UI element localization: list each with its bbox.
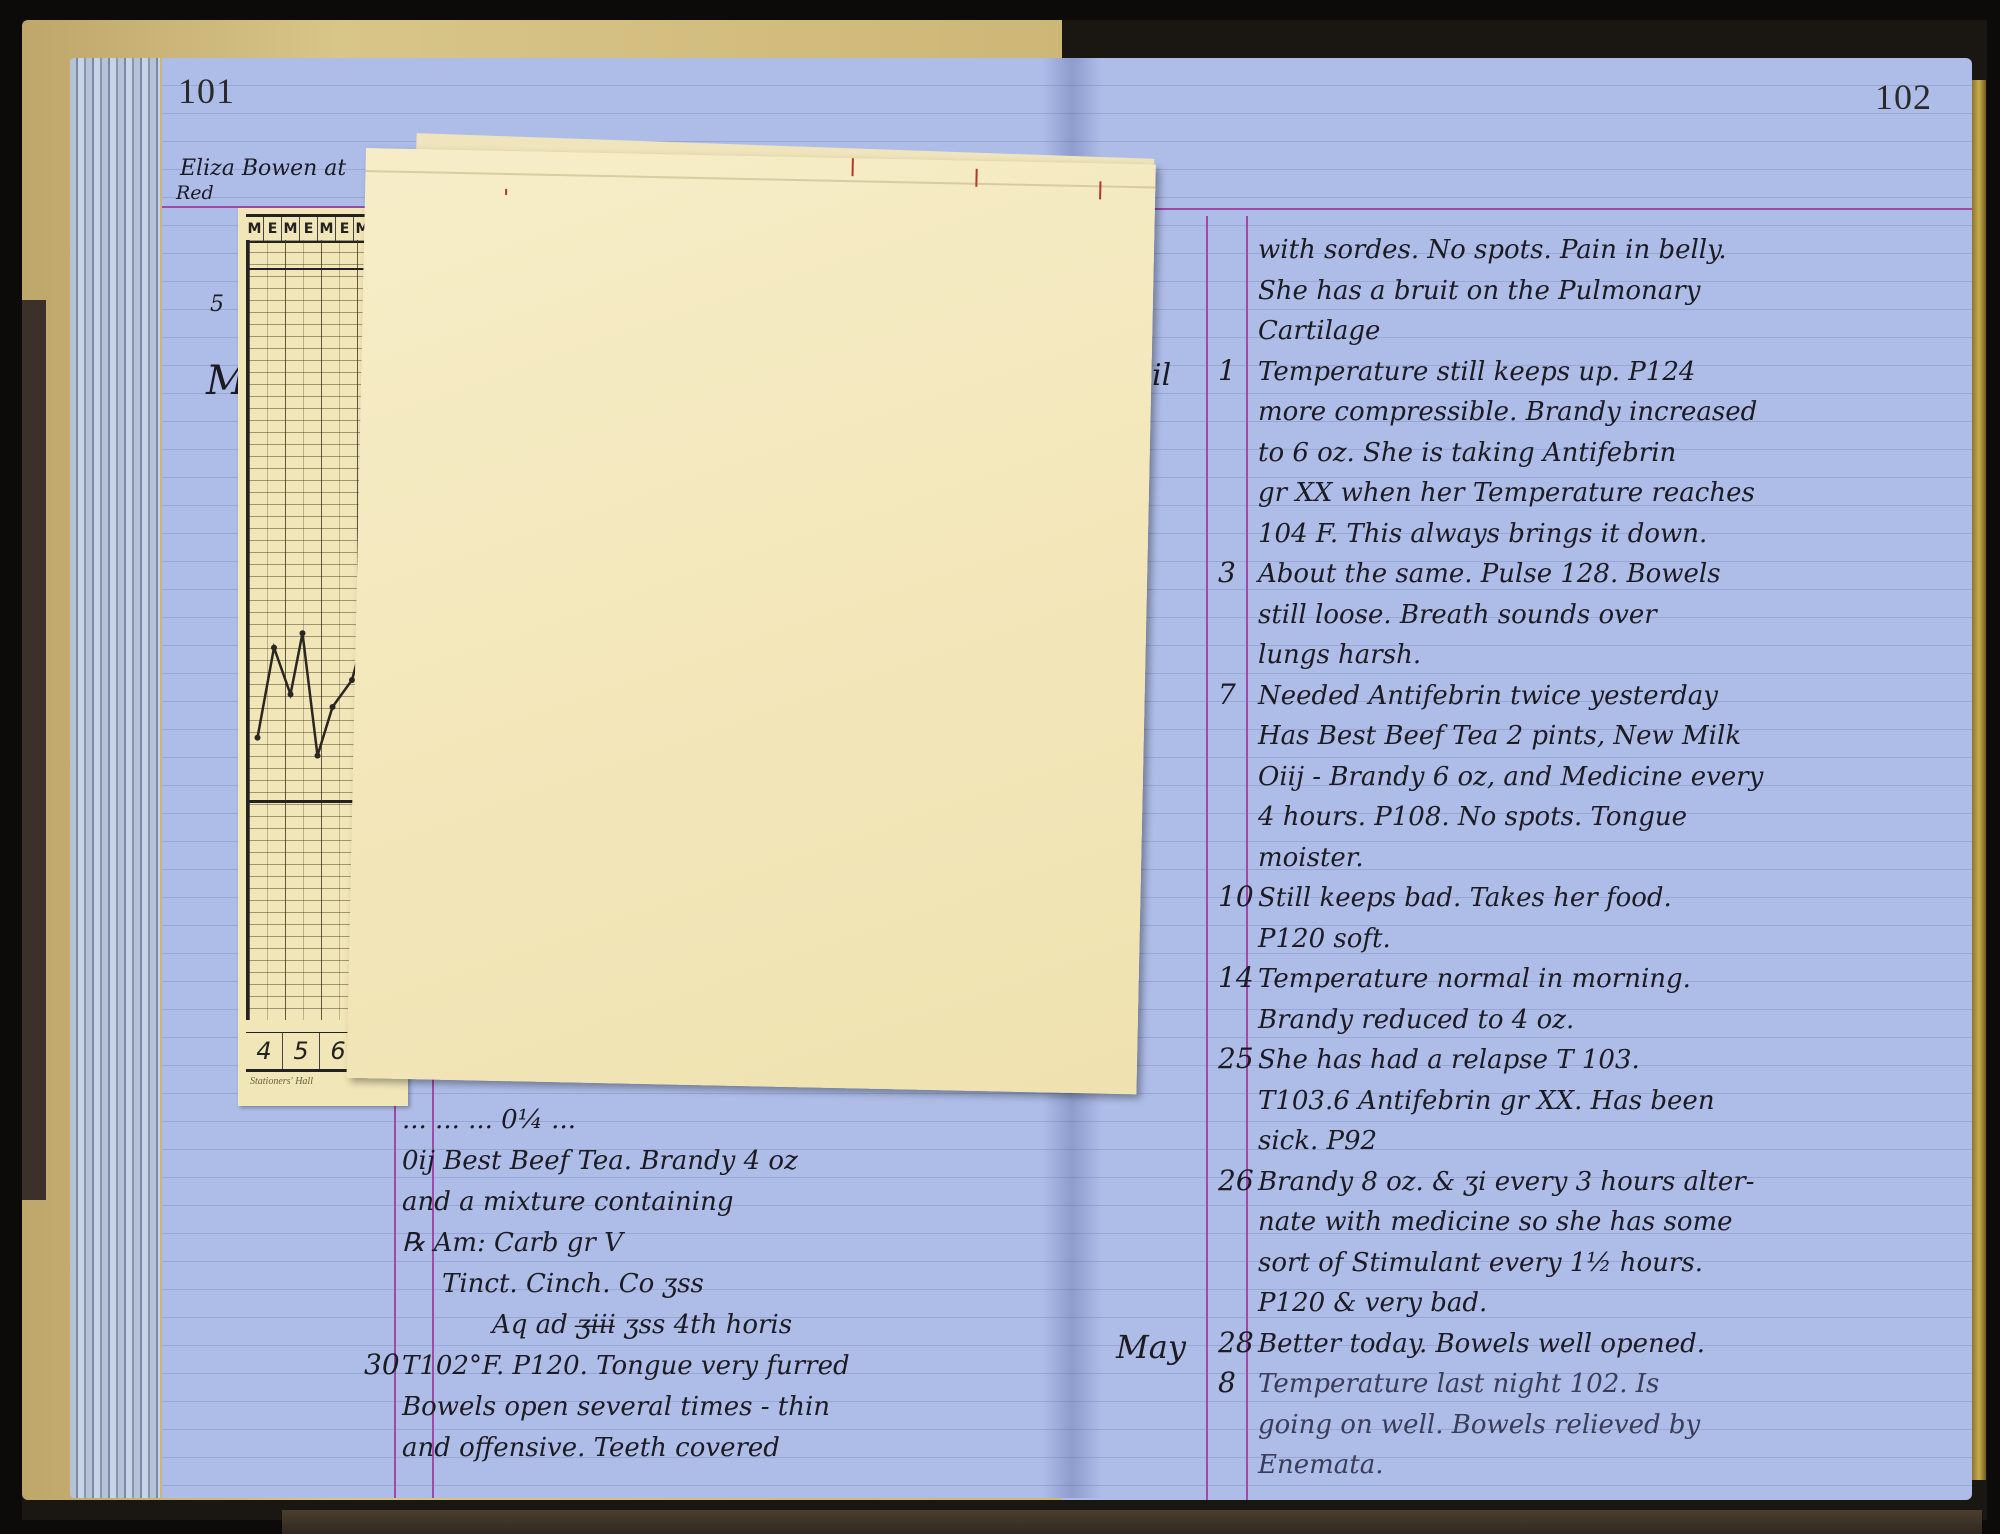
chart-imprint: Stationers' Hall — [250, 1076, 313, 1087]
cloth-binding-bottom — [282, 1510, 1982, 1534]
red-mark — [852, 158, 854, 176]
note-line: Aq ad ʒ̶i̶i̶i̶ ʒss 4th horis — [492, 1305, 792, 1345]
patient-header: Eliza Bowen at — [180, 156, 346, 181]
entry-day: 8 — [1218, 1366, 1236, 1399]
header-rule — [1062, 208, 1972, 210]
page-number-left: 101 — [178, 70, 235, 112]
note-line: She has a bruit on the Pulmonary — [1258, 271, 1700, 311]
note-line: nate with medicine so she has some — [1258, 1202, 1733, 1242]
note-line: 104 F. This always brings it down. — [1258, 514, 1707, 554]
day-column-rule — [1246, 216, 1248, 1500]
note-line: P120 soft. — [1258, 919, 1391, 959]
entry-day: 30 — [364, 1348, 400, 1381]
note-line: ℞ Am: Carb gr V — [402, 1223, 623, 1263]
note-line: more compressible. Brandy increased — [1258, 392, 1757, 432]
note-line: She has had a relapse T 103. — [1258, 1040, 1640, 1080]
note-line: P120 & very bad. — [1258, 1283, 1487, 1323]
note-line: and offensive. Teeth covered — [402, 1428, 780, 1468]
note-line: Oiij - Brandy 6 oz, and Medicine every — [1258, 757, 1763, 797]
note-line: Temperature normal in morning. — [1258, 959, 1691, 999]
right-page: 102 il May with sordes. No spots. Pain i… — [1062, 58, 1972, 1500]
cloth-spine-fragment — [22, 300, 46, 1200]
page-number-right: 102 — [1875, 76, 1932, 118]
note-line: gr XX when her Temperature reaches — [1258, 473, 1755, 513]
note-line: About the same. Pulse 128. Bowels — [1258, 554, 1721, 594]
note-line: and a mixture containing — [402, 1182, 734, 1222]
sheet-fold — [365, 170, 1155, 189]
entry-day: 25 — [1218, 1042, 1254, 1075]
note-line: 4 hours. P108. No spots. Tongue — [1258, 797, 1687, 837]
entry-day: 10 — [1218, 880, 1254, 913]
red-mark — [505, 189, 507, 195]
patient-header-second-line: Red — [176, 182, 214, 204]
note-line: to 6 oz. She is taking Antifebrin — [1258, 433, 1676, 473]
overlay-blank-sheet — [347, 148, 1156, 1094]
entry-day: 7 — [1218, 678, 1236, 711]
red-mark — [1099, 181, 1101, 199]
note-line: Still keeps bad. Takes her food. — [1258, 878, 1672, 918]
note-line: Better today. Bowels well opened. — [1258, 1324, 1705, 1364]
margin-fragment: 5 — [210, 292, 224, 317]
gilt-page-edge — [1972, 80, 1986, 1480]
note-line: Tinct. Cinch. Co ʒss — [442, 1264, 704, 1304]
note-line: Brandy reduced to 4 oz. — [1258, 1000, 1574, 1040]
note-line: Needed Antifebrin twice yesterday — [1258, 676, 1718, 716]
note-line: moister. — [1258, 838, 1364, 878]
note-line: Has Best Beef Tea 2 pints, New Milk — [1258, 716, 1741, 756]
entry-day: 28 — [1218, 1326, 1254, 1359]
note-line: Cartilage — [1258, 311, 1380, 351]
entry-day: 26 — [1218, 1164, 1254, 1197]
note-line: still loose. Breath sounds over — [1258, 595, 1657, 635]
note-line: with sordes. No spots. Pain in belly. — [1258, 230, 1727, 270]
note-line: Temperature still keeps up. P124 — [1258, 352, 1695, 392]
note-line: 0ij Best Beef Tea. Brandy 4 oz — [402, 1141, 798, 1181]
page-edge-stack — [70, 58, 160, 1498]
entry-day: 1 — [1218, 354, 1236, 387]
chart-day-cell: 4 — [246, 1033, 283, 1069]
entry-day: 14 — [1218, 961, 1254, 994]
case-book: 101 Eliza Bowen at Cheshunt England Red … — [22, 20, 1987, 1520]
note-line: sick. P92 — [1258, 1121, 1377, 1161]
note-line: going on well. Bowels relieved by — [1258, 1405, 1700, 1445]
note-line: T103.6 Antifebrin gr XX. Has been — [1258, 1081, 1715, 1121]
note-line: lungs harsh. — [1258, 635, 1421, 675]
note-line: Brandy 8 oz. & ʒi every 3 hours alter- — [1258, 1162, 1754, 1202]
note-line: Temperature last night 102. Is — [1258, 1364, 1659, 1404]
red-mark — [975, 169, 977, 187]
note-line: Bowels open several times - thin — [402, 1387, 830, 1427]
note-line: T102°F. P120. Tongue very furred — [402, 1346, 850, 1386]
note-line: sort of Stimulant every 1½ hours. — [1258, 1243, 1703, 1283]
entry-day: 3 — [1218, 556, 1236, 589]
chart-day-cell: 5 — [283, 1033, 320, 1069]
note-line: Enemata. — [1258, 1445, 1383, 1485]
month-label: May — [1116, 1328, 1186, 1366]
date-column-rule — [1206, 216, 1208, 1500]
note-line: ... ... ... 0¼ ... — [402, 1100, 576, 1140]
month-fragment: il — [1152, 358, 1171, 393]
